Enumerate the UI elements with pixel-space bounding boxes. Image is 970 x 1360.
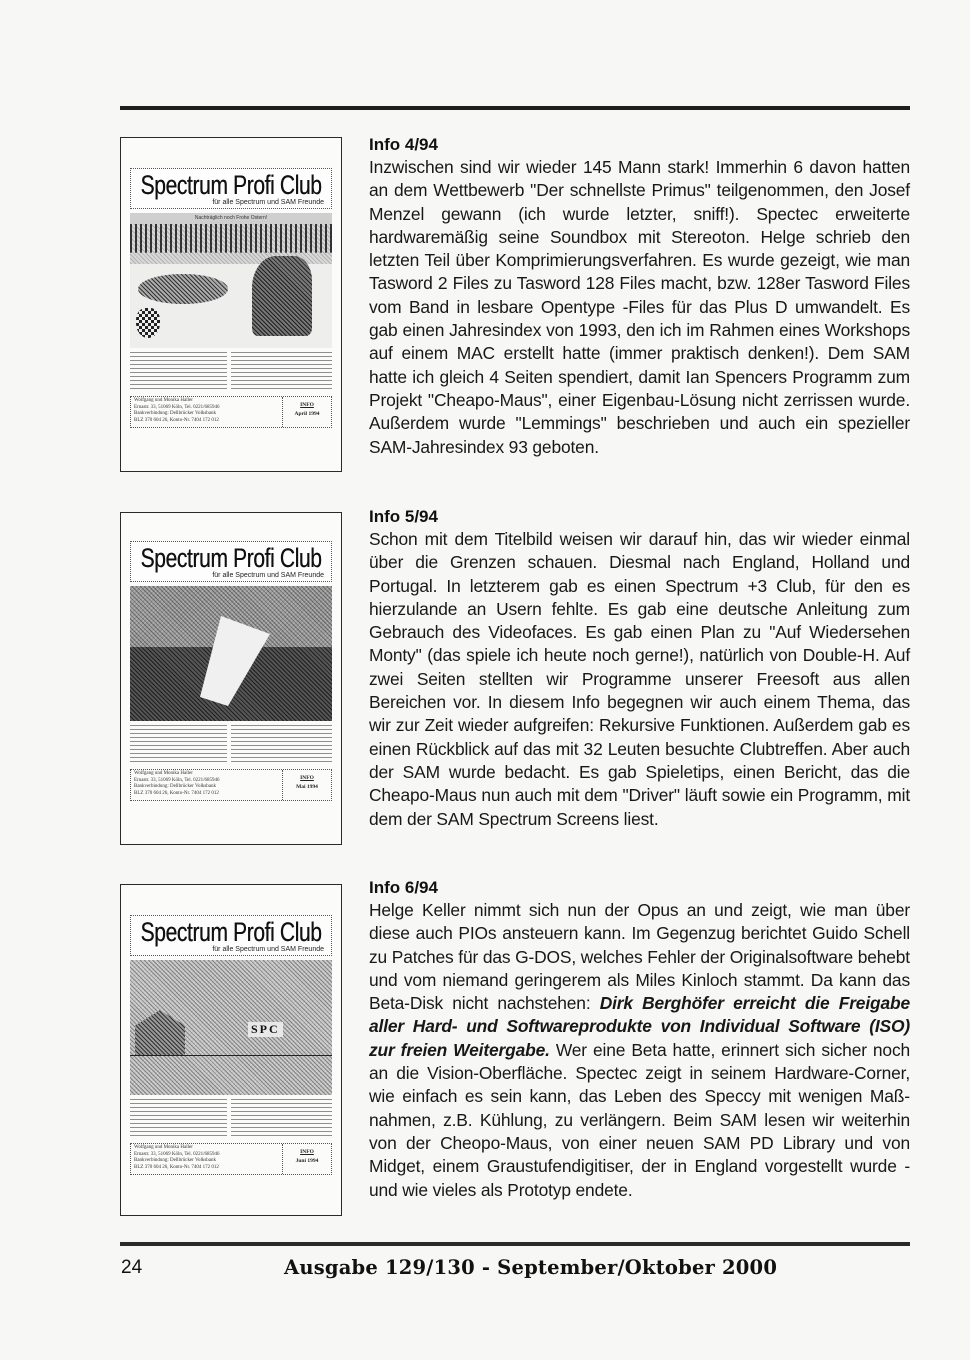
- body-text: Wer eine Beta hatte, erinnert sich siche…: [369, 1040, 910, 1200]
- issue-label: INFO: [283, 774, 331, 783]
- cover-imprint: Wolfgang und Monika Haller Ernastr. 33, …: [130, 769, 332, 801]
- page-number: 24: [121, 1257, 142, 1279]
- article-info-4-94: Info 4/94 Inzwischen sind wir wieder 145…: [369, 134, 910, 459]
- article-info-5-94: Info 5/94 Schon mit dem Titelbild weisen…: [369, 506, 910, 831]
- imprint-line: BLZ 370 604 26, Konto-Nr. 7404 172 012: [134, 791, 279, 798]
- cover-masthead: Spectrum Profi Club für alle Spectrum un…: [130, 168, 332, 209]
- article-heading: Info 6/94: [369, 877, 910, 899]
- cover-imprint: Wolfgang und Monika Haller Ernastr. 33, …: [130, 1143, 332, 1175]
- cover-info-6-94: Spectrum Profi Club für alle Spectrum un…: [120, 884, 342, 1216]
- imprint-line: BLZ 370 604 26, Konto-Nr. 7404 172 012: [134, 1165, 279, 1172]
- dog-illustration: [252, 256, 312, 336]
- bottom-rule: [120, 1242, 910, 1246]
- masthead-title: Spectrum Profi Club: [132, 544, 330, 572]
- masthead-title: Spectrum Profi Club: [132, 918, 330, 946]
- imprint-line: BLZ 370 604 26, Konto-Nr. 7404 172 012: [134, 418, 279, 425]
- article-heading: Info 5/94: [369, 506, 910, 528]
- article-body: Inzwischen sind wir wieder 145 Mann star…: [369, 156, 910, 459]
- cover-illustration: SPC: [130, 960, 332, 1095]
- cover-table-of-contents: [130, 1099, 332, 1139]
- issue-label: INFO: [283, 1148, 331, 1157]
- top-rule: [120, 106, 910, 110]
- masthead-subtitle: für alle Spectrum und SAM Freunde: [134, 946, 328, 954]
- issue-date: April 1994: [283, 410, 331, 419]
- house-illustration: [135, 1010, 185, 1055]
- cover-table-of-contents: [130, 352, 332, 392]
- article-body: Helge Keller nimmt sich nun der Opus an …: [369, 899, 910, 1202]
- cover-table-of-contents: [130, 725, 332, 765]
- cover-info-5-94: Spectrum Profi Club für alle Spectrum un…: [120, 512, 342, 845]
- cover-illustration: Nachträglich noch Frohe Ostern!: [130, 213, 332, 348]
- cover-illustration: [130, 586, 332, 721]
- article-body: Schon mit dem Titelbild weisen wir darau…: [369, 528, 910, 831]
- issue-date: Juni 1994: [283, 1157, 331, 1166]
- masthead-title: Spectrum Profi Club: [132, 171, 330, 199]
- issue-label: INFO: [283, 401, 331, 410]
- cover-imprint: Wolfgang und Monika Haller Ernastr. 33, …: [130, 396, 332, 428]
- cover-image-caption: Nachträglich noch Frohe Ostern!: [130, 215, 332, 221]
- cover-masthead: Spectrum Profi Club für alle Spectrum un…: [130, 915, 332, 956]
- cover-masthead: Spectrum Profi Club für alle Spectrum un…: [130, 541, 332, 582]
- spc-sign: SPC: [248, 1022, 283, 1037]
- issue-date: Mai 1994: [283, 783, 331, 792]
- article-heading: Info 4/94: [369, 134, 910, 156]
- masthead-subtitle: für alle Spectrum und SAM Freunde: [134, 199, 328, 207]
- masthead-subtitle: für alle Spectrum und SAM Freunde: [134, 572, 328, 580]
- article-info-6-94: Info 6/94 Helge Keller nimmt sich nun de…: [369, 877, 910, 1202]
- crest-icon: [136, 308, 160, 338]
- cover-info-4-94: Spectrum Profi Club für alle Spectrum un…: [120, 137, 342, 472]
- issue-footer: Ausgabe 129/130 - September/Oktober 2000: [284, 1256, 777, 1279]
